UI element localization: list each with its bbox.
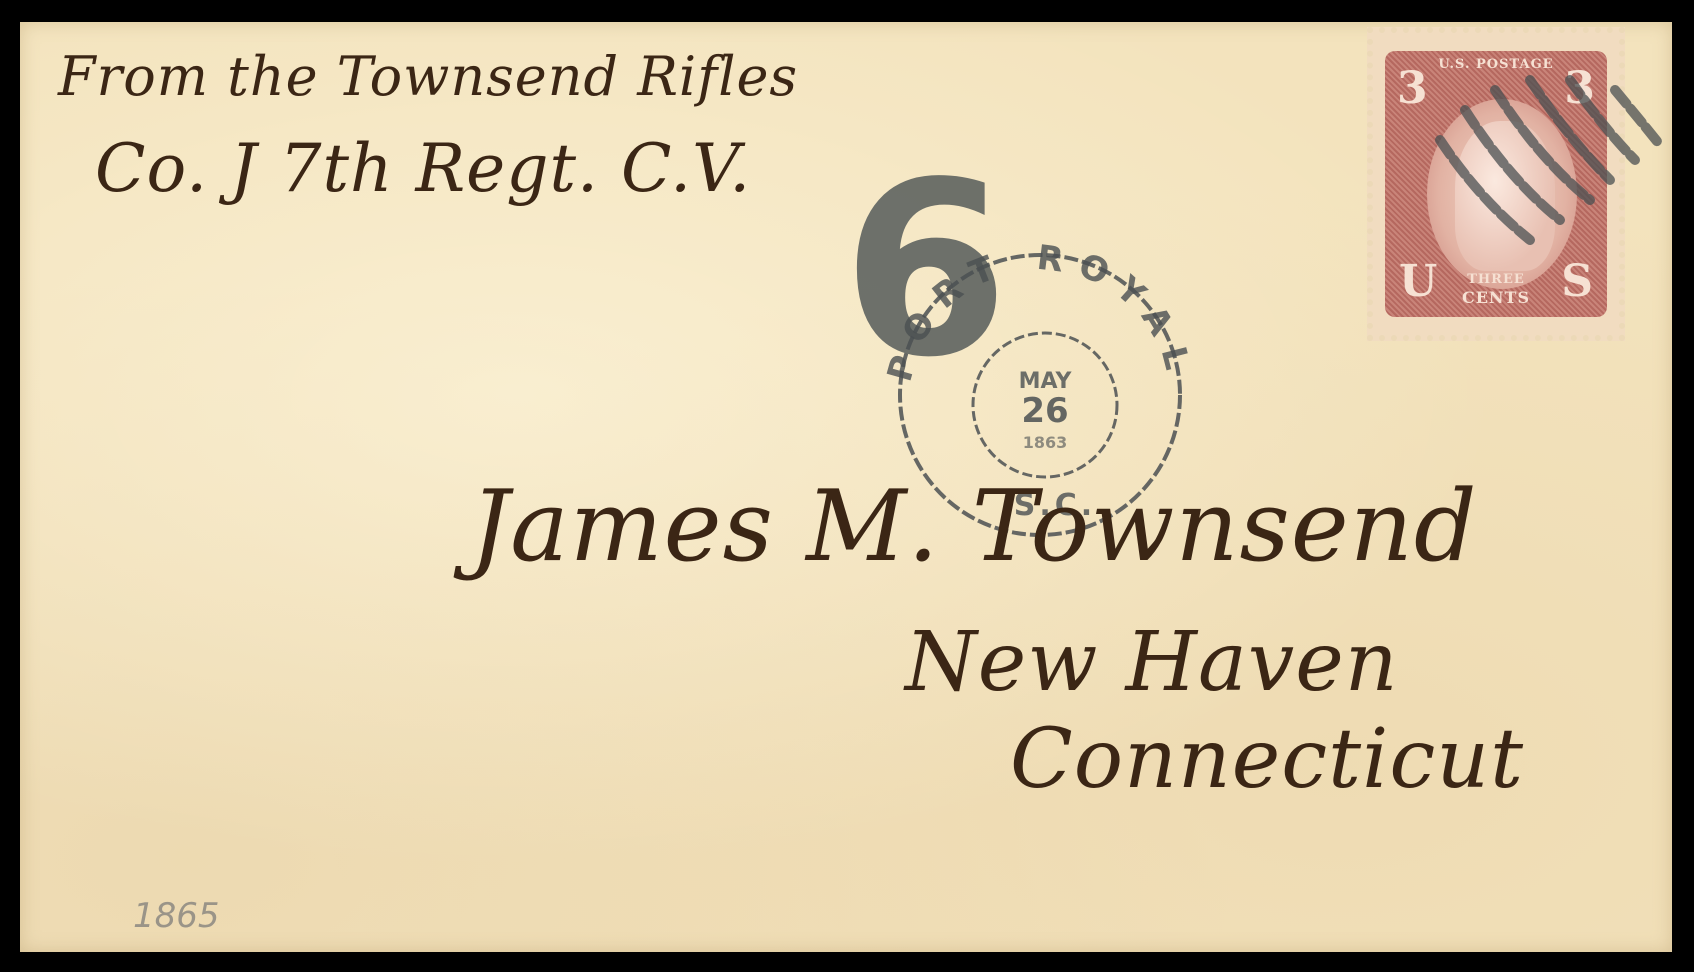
pencil-year-note: 1865 [133, 896, 220, 936]
return-address-line2: Co. J 7th Regt. C.V. [95, 130, 751, 207]
addressee-name: James M. Townsend [470, 470, 1478, 584]
postage-stamp: 3 3 U S U.S. POSTAGE THREE CENTS [1367, 27, 1625, 341]
rate-marking: 6 [842, 150, 1009, 390]
stamp-three-text: THREE [1385, 272, 1607, 287]
return-address-line1: From the Townsend Rifles [58, 45, 798, 108]
stamp-top-text: U.S. POSTAGE [1385, 57, 1607, 72]
addressee-state: Connecticut [1010, 712, 1524, 807]
stamp-frame: 3 3 U S U.S. POSTAGE THREE CENTS [1385, 51, 1607, 317]
washington-portrait-icon [1455, 121, 1555, 271]
stamp-cents-text: CENTS [1385, 288, 1607, 307]
addressee-city: New Haven [905, 615, 1399, 710]
